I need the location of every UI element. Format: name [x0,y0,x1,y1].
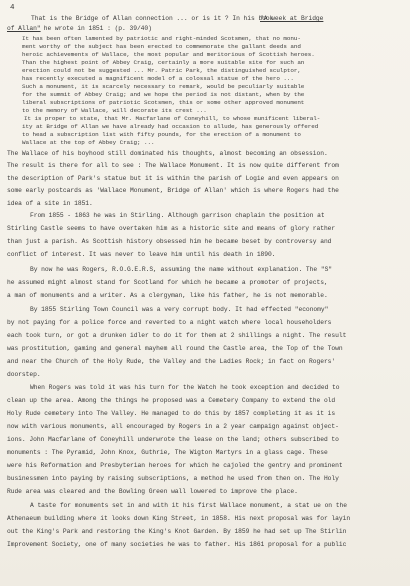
text-line: he wrote in 1851 : (p. 39/40) [40,25,152,32]
quoted-text-line: ity at Bridge of Allan we have already h… [22,123,318,130]
text-line: of Allan" [7,25,41,32]
text-line: idea of a site in 1851. [7,200,93,207]
text-line: Improvement Society, one of many societi… [7,541,346,548]
text-line: a man of monuments and a writer. As a cl… [7,292,328,299]
text-line: When Rogers was told it was his turn for… [30,384,340,391]
text-line: That is the Bridge of Allan connection .… [31,15,277,22]
text-line: the description of Park's statue but it … [7,175,339,182]
text-line: out the King's Park and restoring the Ki… [7,528,346,535]
quoted-text-line: heroic achievements of Wallace, the most… [22,51,315,58]
text-line: The result is there for all to see : The… [7,162,339,169]
text-line: clean up the area. Among the things he p… [7,397,335,404]
text-line: some early postcards as 'Wallace Monumen… [7,187,339,194]
text-line: was prostitution, gaming and general may… [7,345,343,352]
text-line: doorstep. [7,371,41,378]
quoted-text-line: It has been often lamented by patriotic … [22,35,301,42]
quoted-text-line: erection could not be suggested ... Mr. … [22,67,301,74]
text-line: conflict of interest. It was never to le… [7,251,275,258]
text-line: he assumed might almost stand for Scotla… [7,279,328,286]
text-line: Stirling Castle seems to have overtaken … [7,225,335,232]
text-line: Athenaeum building where it looks down K… [7,515,350,522]
quoted-text-line: Such a monument, it is scarcely necessar… [22,83,304,90]
page-number: 4 [10,4,15,12]
text-line: monuments : The Pyramid, John Knox, Guth… [7,449,328,456]
text-line: A taste for monuments set in and with it… [30,502,347,509]
text-line: were his Reformation and Presbyterian he… [7,462,343,469]
text-line: Holy Rude cemetery into The Valley. He m… [7,410,335,417]
text-line: By now he was Rogers, R.O.G.E.R.S, assum… [30,266,332,273]
text-line: ions. John Macfarlane of Coneyhill under… [7,436,339,443]
text-line: "A week at Bridge [260,15,323,22]
text-line: now with various monuments, all encourag… [7,423,339,430]
quoted-text-line: to head a subscription list with fifty p… [22,131,301,138]
quoted-text-line: for the summit of Abbey Craig; and we ho… [22,91,304,98]
text-line: than just a parish. As Scottish history … [7,238,331,245]
quoted-text-line: to the memory of Wallace, will decorate … [22,107,207,114]
text-line: and near the Church of the Holy Rude, th… [7,358,335,365]
quoted-text-line: liberal subscriptions of patriotic Scots… [22,99,304,106]
text-line: Rude area was cleared and the Bowling Gr… [7,488,298,495]
text-line: From 1855 - 1863 he was in Stirling. Alt… [30,212,325,219]
text-line: businessmen into paying by raising subsc… [7,475,339,482]
quoted-text-line: Wallace at the top of Abbey Craig; ... [22,139,154,146]
document-page: 4 That is the Bridge of Allan connection… [0,0,410,586]
quoted-text-line: has recently executed a magnificent mode… [22,75,294,82]
quoted-text-line: Than the highest point of Abbey Craig, c… [22,59,304,66]
text-line: each took turn, or got a drunken idler t… [7,332,346,339]
text-line: By 1855 Stirling Town Council was a very… [30,306,328,313]
quoted-text-line: ment worthy of the subject has been erec… [22,43,301,50]
text-line: The Wallace of his boyhood still dominat… [7,150,328,157]
text-line: by not paying for a police force and rev… [7,319,331,326]
quoted-text-line: It is proper to state, that Mr. Macfarla… [24,115,320,122]
